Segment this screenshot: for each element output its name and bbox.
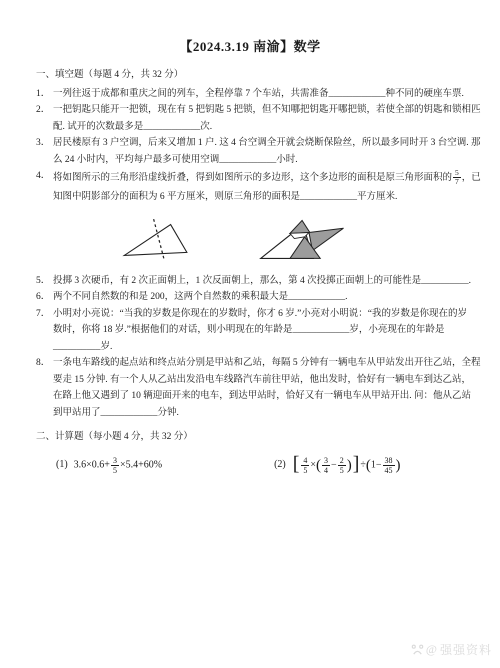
question-8: 8． 一条电车路线的起点站和终点站分别是甲站和乙站，每隔 5 分钟有一辆电车从甲…: [36, 355, 472, 421]
question-line: 一条电车路线的起点站和终点站分别是甲站和乙站，每隔 5 分钟有一辆电车从甲站发出…: [53, 355, 472, 372]
fraction: 25: [338, 456, 346, 475]
question-2: 2． 一把钥匙只能开一把锁，现在有 5 把钥匙 5 把锁，但不知哪把钥匙开哪把锁…: [36, 102, 472, 135]
calculation-row: (1)3.6×0.6+35×5.4+60% (2)[45×(34−25)]÷(1…: [36, 456, 472, 475]
question-line: 将如图所示的三角形沿虚线折叠，得到如图所示的多边形，这个多边形的面积是原三角形面…: [53, 168, 472, 189]
question-text: ，已: [462, 173, 481, 183]
item-label: (2): [274, 459, 286, 470]
watermark: @ 强强资料: [411, 641, 492, 658]
calc-expression-2: (2)[45×(34−25)]÷(1−3845): [274, 456, 400, 475]
triangle-with-dashed-fold-line: [115, 213, 200, 267]
page-title: 【2024.3.19 南渝】数学: [0, 0, 500, 55]
question-line: 知图中阴影部分的面积为 6 平方厘米，则原三角形的面积是____________…: [53, 189, 472, 206]
fraction: 3845: [383, 456, 395, 475]
question-number: 5．: [36, 273, 53, 290]
paren: ): [396, 457, 401, 473]
paren: ): [347, 457, 352, 473]
question-line: 数时，你将 18 岁.”根据他们的对话，则小明现在的年龄是___________…: [53, 322, 472, 339]
calc-expression-1: (1)3.6×0.6+35×5.4+60%: [56, 456, 162, 475]
expression-text: 1−: [371, 459, 382, 470]
paren: (: [316, 457, 321, 473]
expression-text: ×5.4+60%: [120, 459, 162, 470]
watermark-paw-icon: [411, 643, 424, 656]
bracket: [: [292, 453, 301, 475]
question-line: 么 24 小时内，平均每户最多可使用空调____________小时.: [53, 152, 472, 169]
question-line: 投掷 3 次硬币，有 2 次正面朝上，1 次反面朝上，那么，第 4 次投掷正面朝…: [53, 273, 472, 290]
question-1: 1． 一列往返于成都和重庆之间的列车，全程停靠 7 个车站，共需准备______…: [36, 86, 472, 103]
question-line: 一列往返于成都和重庆之间的列车，全程停靠 7 个车站，共需准备_________…: [53, 86, 472, 103]
fraction: 34: [322, 456, 330, 475]
question-number: 2．: [36, 102, 53, 119]
question-line: 到甲站用了____________分钟.: [53, 405, 472, 422]
question-line: 配. 试开的次数最多是____________次.: [53, 119, 472, 136]
item-label: (1): [56, 459, 68, 470]
question-number: 4．: [36, 168, 53, 185]
section2-heading: 二、计算题（每小题 4 分，共 32 分）: [36, 429, 472, 446]
question-line: 两个不同自然数的和是 200，这两个自然数的乘积最大是____________.: [53, 289, 472, 306]
question-number: 1．: [36, 86, 53, 103]
watermark-text: 强强资料: [440, 641, 492, 658]
question-3: 3． 居民楼原有 3 户空调，后来又增加 1 户. 这 4 台空调全开就会烧断保…: [36, 135, 472, 168]
section1-heading: 一、填空题（每题 4 分，共 32 分）: [36, 67, 472, 84]
question-text: 将如图所示的三角形沿虚线折叠，得到如图所示的多边形，这个多边形的面积是原三角形面…: [53, 173, 452, 183]
question-number: 7．: [36, 306, 53, 323]
question-line: 在路上他又遇到了 10 辆迎面开来的电车，到达甲站时，恰好又有一辆电车从甲站开出…: [53, 388, 472, 405]
watermark-at-icon: @: [426, 642, 438, 657]
expression-text: 3.6×0.6+: [74, 459, 110, 470]
folded-polygon-with-shading: [258, 217, 366, 267]
fraction: 57: [453, 169, 461, 187]
exam-paper-page: 【2024.3.19 南渝】数学 一、填空题（每题 4 分，共 32 分） 1．…: [0, 0, 500, 668]
fraction: 35: [111, 456, 119, 475]
question-line: 一把钥匙只能开一把锁，现在有 5 把钥匙 5 把锁，但不知哪把钥匙开哪把锁，若使…: [53, 102, 472, 119]
question-line: __________岁.: [53, 339, 472, 356]
question-4: 4． 将如图所示的三角形沿虚线折叠，得到如图所示的多边形，这个多边形的面积是原三…: [36, 168, 472, 206]
paper-content: 一、填空题（每题 4 分，共 32 分） 1． 一列往返于成都和重庆之间的列车，…: [0, 55, 500, 475]
question-number: 3．: [36, 135, 53, 152]
question-7: 7． 小明对小亮说：“当我的岁数是你现在的岁数时，你才 6 岁.”小亮对小明说：…: [36, 306, 472, 356]
question-number: 8．: [36, 355, 53, 372]
figure-row: [115, 211, 472, 267]
question-5: 5． 投掷 3 次硬币，有 2 次正面朝上，1 次反面朝上，那么，第 4 次投掷…: [36, 273, 472, 290]
question-number: 6．: [36, 289, 53, 306]
question-line: 要走 15 分钟. 有一个人从乙站出发沿电车线路汽车前往甲站，他出发时，恰好有一…: [53, 372, 472, 389]
fraction: 45: [301, 456, 309, 475]
question-line: 居民楼原有 3 户空调，后来又增加 1 户. 这 4 台空调全开就会烧断保险丝，…: [53, 135, 472, 152]
question-6: 6． 两个不同自然数的和是 200，这两个自然数的乘积最大是__________…: [36, 289, 472, 306]
expression-text: −: [331, 459, 337, 470]
question-line: 小明对小亮说：“当我的岁数是你现在的岁数时，你才 6 岁.”小亮对小明说：“我的…: [53, 306, 472, 323]
